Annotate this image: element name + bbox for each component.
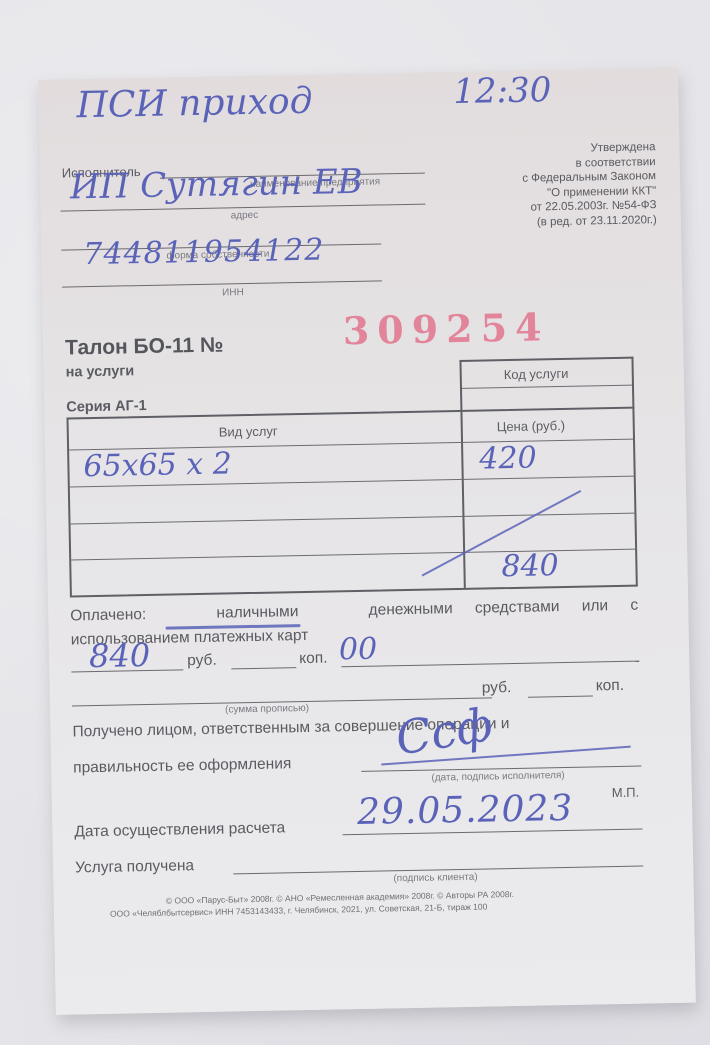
kop-blank-line-2 bbox=[528, 695, 593, 697]
paid-line-1: Оплачено: наличными денежными средствами… bbox=[70, 597, 638, 626]
client-signature-caption: (подпись клиента) bbox=[393, 872, 477, 885]
inn-value[interactable]: 744811954122 bbox=[83, 233, 325, 273]
signature-caption: (дата, подпись исполнителя) bbox=[431, 770, 564, 784]
address-caption: адрес bbox=[231, 210, 259, 222]
form-subtitle: на услуги bbox=[65, 363, 134, 380]
service-row-4-price[interactable]: 840 bbox=[501, 548, 559, 584]
services-table-column-divider bbox=[460, 412, 465, 588]
receipt-form-bo11: ПСИ приход 12:30 Исполнитель наименовани… bbox=[38, 68, 696, 1015]
stamp-label: М.П. bbox=[612, 785, 640, 801]
service-received-label: Услуга получена bbox=[75, 857, 194, 877]
service-code-header: Код услуги bbox=[504, 366, 569, 382]
sum-words-caption: (сумма прописью) bbox=[225, 703, 309, 716]
paid-kop-value[interactable]: 00 bbox=[339, 632, 378, 668]
services-header-type: Вид услуг bbox=[219, 423, 278, 439]
service-code-divider bbox=[462, 385, 632, 389]
service-code-box: Код услуги bbox=[459, 357, 634, 412]
handwritten-time: 12:30 bbox=[453, 70, 552, 112]
row-divider bbox=[71, 513, 635, 525]
performer-name-value[interactable]: ИП Сутягин ЕВ bbox=[70, 162, 363, 208]
photo-background: ПСИ приход 12:30 Исполнитель наименовани… bbox=[0, 0, 710, 1045]
form-series: Серия АГ-1 bbox=[66, 398, 147, 416]
calc-date-value[interactable]: 29.05.2023 bbox=[357, 788, 574, 833]
received-line-2: правильность ее оформления bbox=[73, 755, 291, 777]
services-header-price: Цена (руб.) bbox=[497, 418, 566, 434]
kop-blank-line bbox=[231, 667, 296, 669]
handwritten-note: ПСИ приход bbox=[76, 81, 313, 127]
kop-label: коп. bbox=[299, 650, 328, 669]
rub-label-2: руб. bbox=[482, 679, 512, 698]
inn-caption: ИНН bbox=[222, 287, 244, 298]
kop-label-2: коп. bbox=[596, 677, 625, 696]
form-title: Талон БО-11 № bbox=[65, 333, 224, 360]
services-table: Вид услуг Цена (руб.) 65х65 х 2 420 840 bbox=[66, 407, 637, 598]
paid-cash: наличными bbox=[216, 603, 298, 623]
paid-rub-value[interactable]: 840 bbox=[89, 636, 151, 675]
calc-date-label: Дата осуществления расчета bbox=[74, 819, 285, 841]
service-row-1-type[interactable]: 65х65 х 2 bbox=[83, 446, 232, 484]
rub-label: руб. bbox=[187, 652, 217, 671]
form-serial-number: 309254 bbox=[342, 304, 549, 353]
kop-line bbox=[341, 661, 639, 668]
service-row-1-price[interactable]: 420 bbox=[479, 441, 537, 477]
approval-notice: Утверждена в соответствии с Федеральным … bbox=[435, 140, 657, 231]
